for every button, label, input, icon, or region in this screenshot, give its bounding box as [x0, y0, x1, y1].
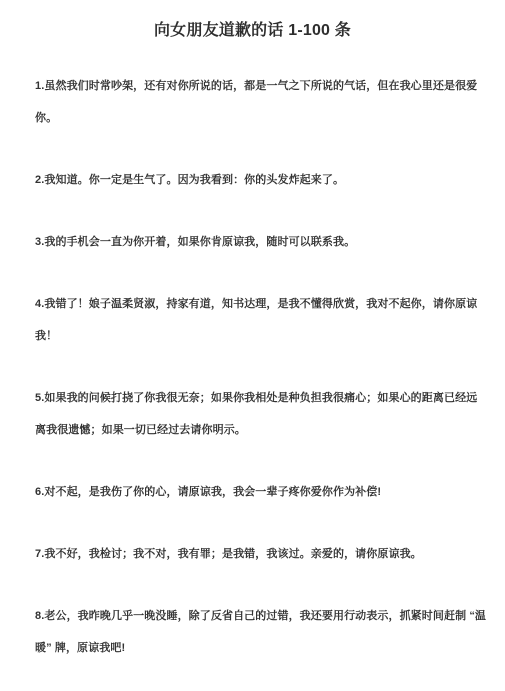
text-line: 你。 — [35, 102, 470, 134]
text-line: 4.我错了！娘子温柔贤淑，持家有道，知书达理，是我不懂得欣赏，我对不起你，请你原… — [35, 288, 470, 320]
text-line: 2.我知道。你一定是生气了。因为我看到：你的头发炸起来了。 — [35, 164, 470, 196]
document-page: 向女朋友道歉的话 1-100 条 1.虽然我们时常吵架，还有对你所说的话，都是一… — [0, 0, 505, 691]
apology-item-1: 1.虽然我们时常吵架，还有对你所说的话，都是一气之下所说的气话，但在我心里还是很… — [35, 70, 470, 134]
document-title: 向女朋友道歉的话 1-100 条 — [0, 0, 505, 40]
text-line: 5.如果我的问候打挠了你我很无奈；如果你我相处是种负担我很痛心；如果心的距离已经… — [35, 382, 470, 414]
apology-item-8: 8.老公，我昨晚几乎一晚没睡，除了反省自己的过错，我还要用行动表示，抓紧时间赶制… — [35, 600, 470, 664]
text-line: 1.虽然我们时常吵架，还有对你所说的话，都是一气之下所说的气话，但在我心里还是很… — [35, 70, 470, 102]
text-line: 暖” 牌，原谅我吧! — [35, 632, 470, 664]
text-line: 7.我不好，我检讨；我不对，我有罪；是我错，我该过。亲爱的，请你原谅我。 — [35, 538, 470, 570]
apology-item-3: 3.我的手机会一直为你开着，如果你肯原谅我，随时可以联系我。 — [35, 226, 470, 258]
text-line: 离我很遗憾；如果一切已经过去请你明示。 — [35, 414, 470, 446]
apology-item-5: 5.如果我的问候打挠了你我很无奈；如果你我相处是种负担我很痛心；如果心的距离已经… — [35, 382, 470, 446]
apology-item-7: 7.我不好，我检讨；我不对，我有罪；是我错，我该过。亲爱的，请你原谅我。 — [35, 538, 470, 570]
text-line: 8.老公，我昨晚几乎一晚没睡，除了反省自己的过错，我还要用行动表示，抓紧时间赶制… — [35, 600, 470, 632]
apology-item-2: 2.我知道。你一定是生气了。因为我看到：你的头发炸起来了。 — [35, 164, 470, 196]
apology-item-4: 4.我错了！娘子温柔贤淑，持家有道，知书达理，是我不懂得欣赏，我对不起你，请你原… — [35, 288, 470, 352]
text-line: 我！ — [35, 320, 470, 352]
text-line: 6.对不起，是我伤了你的心，请原谅我，我会一辈子疼你爱你作为补偿! — [35, 476, 470, 508]
apology-item-6: 6.对不起，是我伤了你的心，请原谅我，我会一辈子疼你爱你作为补偿! — [35, 476, 470, 508]
text-line: 3.我的手机会一直为你开着，如果你肯原谅我，随时可以联系我。 — [35, 226, 470, 258]
document-body: 1.虽然我们时常吵架，还有对你所说的话，都是一气之下所说的气话，但在我心里还是很… — [35, 40, 470, 664]
